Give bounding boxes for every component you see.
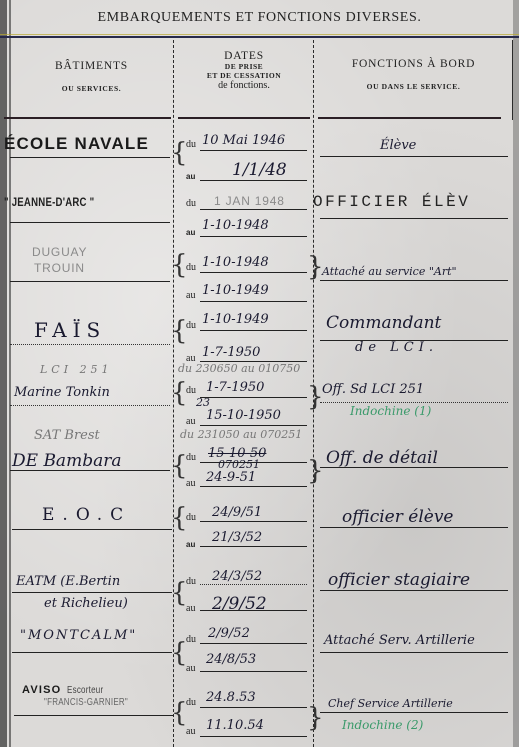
entry-rule bbox=[200, 643, 307, 644]
entry-1-ship: ÉCOLE NAVALE bbox=[4, 134, 149, 154]
entry-4-from: 1-10-1949 bbox=[202, 312, 269, 327]
entry-rule bbox=[320, 402, 508, 403]
date-to-prefix: au bbox=[186, 663, 195, 674]
header-functions-main: FONCTIONS À BORD bbox=[315, 58, 512, 70]
entry-8-to: 2/9/52 bbox=[212, 594, 267, 614]
brace-glyph: } bbox=[307, 458, 324, 484]
title-rule bbox=[0, 36, 519, 38]
entry-7-function: officier élève bbox=[342, 507, 454, 527]
date-from-prefix: du bbox=[186, 139, 196, 150]
entry-rule bbox=[10, 281, 170, 282]
entry-10-from: 24.8.53 bbox=[206, 690, 256, 705]
entry-rule bbox=[320, 467, 508, 468]
date-from-prefix: du bbox=[186, 634, 196, 645]
header-ships-sub: OU SERVICES. bbox=[10, 84, 173, 93]
entry-2-to: 1-10-1948 bbox=[202, 218, 269, 233]
date-to-prefix: au bbox=[186, 540, 195, 549]
entry-rule bbox=[200, 546, 307, 547]
date-to-prefix: au bbox=[186, 478, 195, 489]
entry-rule bbox=[200, 209, 307, 210]
entry-rule bbox=[200, 736, 307, 737]
header-functions-sub: OU DANS LE SERVICE. bbox=[315, 82, 512, 91]
entry-6-date-note: du 231050 au 070251 bbox=[180, 428, 302, 441]
header-ships-main: BÂTIMENTS bbox=[10, 60, 173, 72]
date-from-prefix: du bbox=[186, 262, 196, 273]
entry-5-ship-note: LCI 251 bbox=[40, 363, 113, 376]
header-rule bbox=[318, 117, 501, 119]
header-ships: BÂTIMENTS OU SERVICES. bbox=[10, 60, 173, 93]
entry-rule bbox=[320, 527, 508, 528]
entry-rule bbox=[200, 272, 307, 273]
entry-2-from: 1 JAN 1948 bbox=[214, 194, 285, 208]
entry-9-to: 24/8/53 bbox=[206, 652, 256, 667]
entry-2-function: OFFICIER ÉLÈV bbox=[313, 193, 470, 211]
date-from-prefix: du bbox=[186, 320, 196, 331]
entry-rule bbox=[12, 652, 172, 653]
date-to-prefix: au bbox=[186, 290, 195, 301]
entry-3-to: 1-10-1949 bbox=[202, 283, 269, 298]
entry-10-function-note: Indochine (2) bbox=[342, 718, 423, 732]
header-rule bbox=[178, 117, 310, 119]
column-divider bbox=[512, 40, 513, 120]
entry-9-from: 2/9/52 bbox=[208, 626, 250, 641]
entry-3-ship-line1: DUGUAY bbox=[32, 245, 87, 259]
entry-rule bbox=[320, 712, 508, 713]
date-from-prefix: du bbox=[186, 576, 196, 587]
entry-rule bbox=[10, 222, 170, 223]
entry-2-ship: " JEANNE-D'ARC " bbox=[4, 195, 94, 209]
date-to-prefix: au bbox=[186, 172, 195, 181]
date-to-prefix: au bbox=[186, 228, 195, 237]
service-record-page: EMBARQUEMENTS ET FONCTIONS DIVERSES. BÂT… bbox=[0, 0, 519, 747]
entry-1-from: 10 Mai 1946 bbox=[202, 133, 285, 148]
date-to-prefix: au bbox=[186, 603, 195, 614]
entry-5-ship: Marine Tonkin bbox=[14, 385, 110, 400]
page-edge-shadow-right bbox=[513, 0, 519, 747]
entry-5-to: 15-10-1950 bbox=[206, 408, 281, 423]
entry-3-from: 1-10-1948 bbox=[202, 255, 269, 270]
header-dates-sub2: ET DE CESSATION bbox=[175, 71, 313, 80]
entry-10-ship-type: AVISO bbox=[22, 684, 61, 696]
entry-10-ship-line2: "FRANCIS-GARNIER" bbox=[44, 697, 128, 708]
page-border-line bbox=[9, 0, 11, 747]
brace-glyph: } bbox=[307, 705, 324, 731]
entry-rule bbox=[10, 344, 170, 345]
header-functions: FONCTIONS À BORD OU DANS LE SERVICE. bbox=[315, 58, 512, 91]
entry-10-ship-subtype: Escorteur bbox=[67, 685, 103, 696]
entry-5-date-note: du 230650 au 010750 bbox=[178, 362, 300, 375]
header-dates-sub3: de fonctions. bbox=[175, 80, 313, 91]
entry-rule bbox=[200, 584, 307, 585]
date-to-prefix: au bbox=[186, 726, 195, 737]
entry-rule bbox=[200, 180, 307, 181]
entry-rule bbox=[320, 590, 508, 591]
header-dates-sub1: DE PRISE bbox=[175, 62, 313, 71]
entry-5-function-note: Indochine (1) bbox=[350, 404, 431, 418]
entry-3-ship-line2: TROUIN bbox=[34, 261, 85, 275]
page-title: EMBARQUEMENTS ET FONCTIONS DIVERSES. bbox=[0, 10, 519, 26]
page-edge-shadow bbox=[0, 0, 7, 747]
entry-rule bbox=[10, 405, 170, 406]
header-rule bbox=[4, 117, 171, 119]
entry-rule bbox=[320, 652, 508, 653]
date-to-prefix: au bbox=[186, 416, 195, 427]
date-from-prefix: du bbox=[186, 512, 196, 523]
entry-rule bbox=[10, 157, 170, 158]
entry-3-function: Attaché au service "Art" bbox=[322, 265, 457, 278]
entry-6-function: Off. de détail bbox=[326, 448, 438, 468]
entry-7-from: 24/9/51 bbox=[212, 505, 262, 520]
entry-rule bbox=[200, 236, 307, 237]
entry-8-function: officier stagiaire bbox=[328, 570, 470, 590]
entry-rule bbox=[12, 529, 172, 530]
entry-8-from: 24/3/52 bbox=[212, 569, 262, 584]
entry-10-ship-line1: AVISO Escorteur bbox=[22, 678, 112, 697]
entry-8-ship-line1: EATM (E.Bertin bbox=[16, 574, 120, 589]
entry-rule bbox=[320, 218, 508, 219]
date-from-prefix: du bbox=[186, 198, 196, 209]
entry-6-ship: DE Bambara bbox=[12, 451, 121, 471]
entry-rule bbox=[200, 150, 307, 151]
entry-5-from: 1-7-1950 bbox=[206, 380, 264, 395]
entry-9-function: Attaché Serv. Artillerie bbox=[324, 633, 475, 648]
entry-9-ship: "MONTCALM" bbox=[20, 628, 137, 643]
header-dates: DATES DE PRISE ET DE CESSATION de foncti… bbox=[175, 50, 313, 91]
entry-4-function-line1: Commandant bbox=[326, 313, 441, 333]
entry-rule bbox=[200, 486, 307, 487]
entry-rule bbox=[10, 470, 170, 471]
entry-1-to: 1/1/48 bbox=[232, 160, 287, 180]
entry-6-ship-note: SAT Brest bbox=[34, 428, 100, 443]
entry-rule bbox=[200, 610, 307, 611]
entry-rule bbox=[14, 715, 174, 716]
date-from-prefix: du bbox=[186, 452, 196, 463]
entry-10-function: Chef Service Artillerie bbox=[328, 697, 453, 710]
entry-rule bbox=[200, 425, 307, 426]
entry-7-ship: E.O.C bbox=[42, 505, 131, 525]
header-dates-main: DATES bbox=[175, 50, 313, 62]
entry-5-function: Off. Sd LCI 251 bbox=[322, 382, 424, 397]
date-from-prefix: du bbox=[186, 697, 196, 708]
entry-rule bbox=[200, 707, 307, 708]
entry-6-to: 24-9-51 bbox=[206, 470, 256, 485]
entry-4-to: 1-7-1950 bbox=[202, 345, 260, 360]
entry-1-function: Élève bbox=[380, 138, 416, 153]
entry-rule bbox=[320, 156, 508, 157]
entry-rule bbox=[200, 397, 307, 398]
entry-8-ship-line2: et Richelieu) bbox=[44, 596, 128, 611]
entry-rule bbox=[320, 280, 508, 281]
title-rule-accent bbox=[0, 34, 519, 35]
entry-10-to: 11.10.54 bbox=[206, 718, 264, 733]
entry-4-function-line2: de LCI. bbox=[355, 340, 438, 355]
entry-rule bbox=[12, 592, 172, 593]
date-from-prefix: du bbox=[186, 385, 196, 396]
entry-rule bbox=[200, 671, 307, 672]
entry-rule bbox=[200, 521, 307, 522]
entry-rule bbox=[200, 301, 307, 302]
entry-4-ship: FAÏS bbox=[34, 318, 106, 342]
entry-rule bbox=[200, 330, 307, 331]
entry-7-to: 21/3/52 bbox=[212, 530, 262, 545]
